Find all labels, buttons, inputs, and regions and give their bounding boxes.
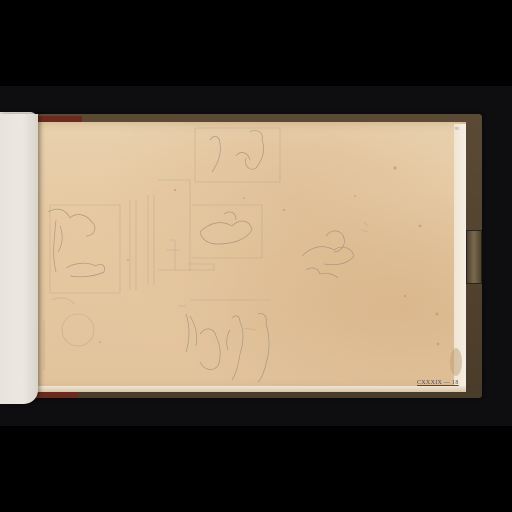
sketch-standing-figures: [178, 300, 270, 382]
pencil-sketches: [0, 0, 512, 512]
sketch-top-centre: [195, 128, 280, 182]
sketch-floating-figures: [302, 222, 368, 278]
sketch-left-group: [40, 205, 120, 380]
archive-inscription: CXXXIX — 18: [417, 380, 459, 386]
sketch-reclining-figure: [188, 205, 262, 270]
page-number-mark: 95: [455, 126, 459, 131]
smudge: [450, 348, 462, 376]
foxing-spots: [99, 166, 439, 345]
sketch-architecture: [130, 180, 190, 290]
